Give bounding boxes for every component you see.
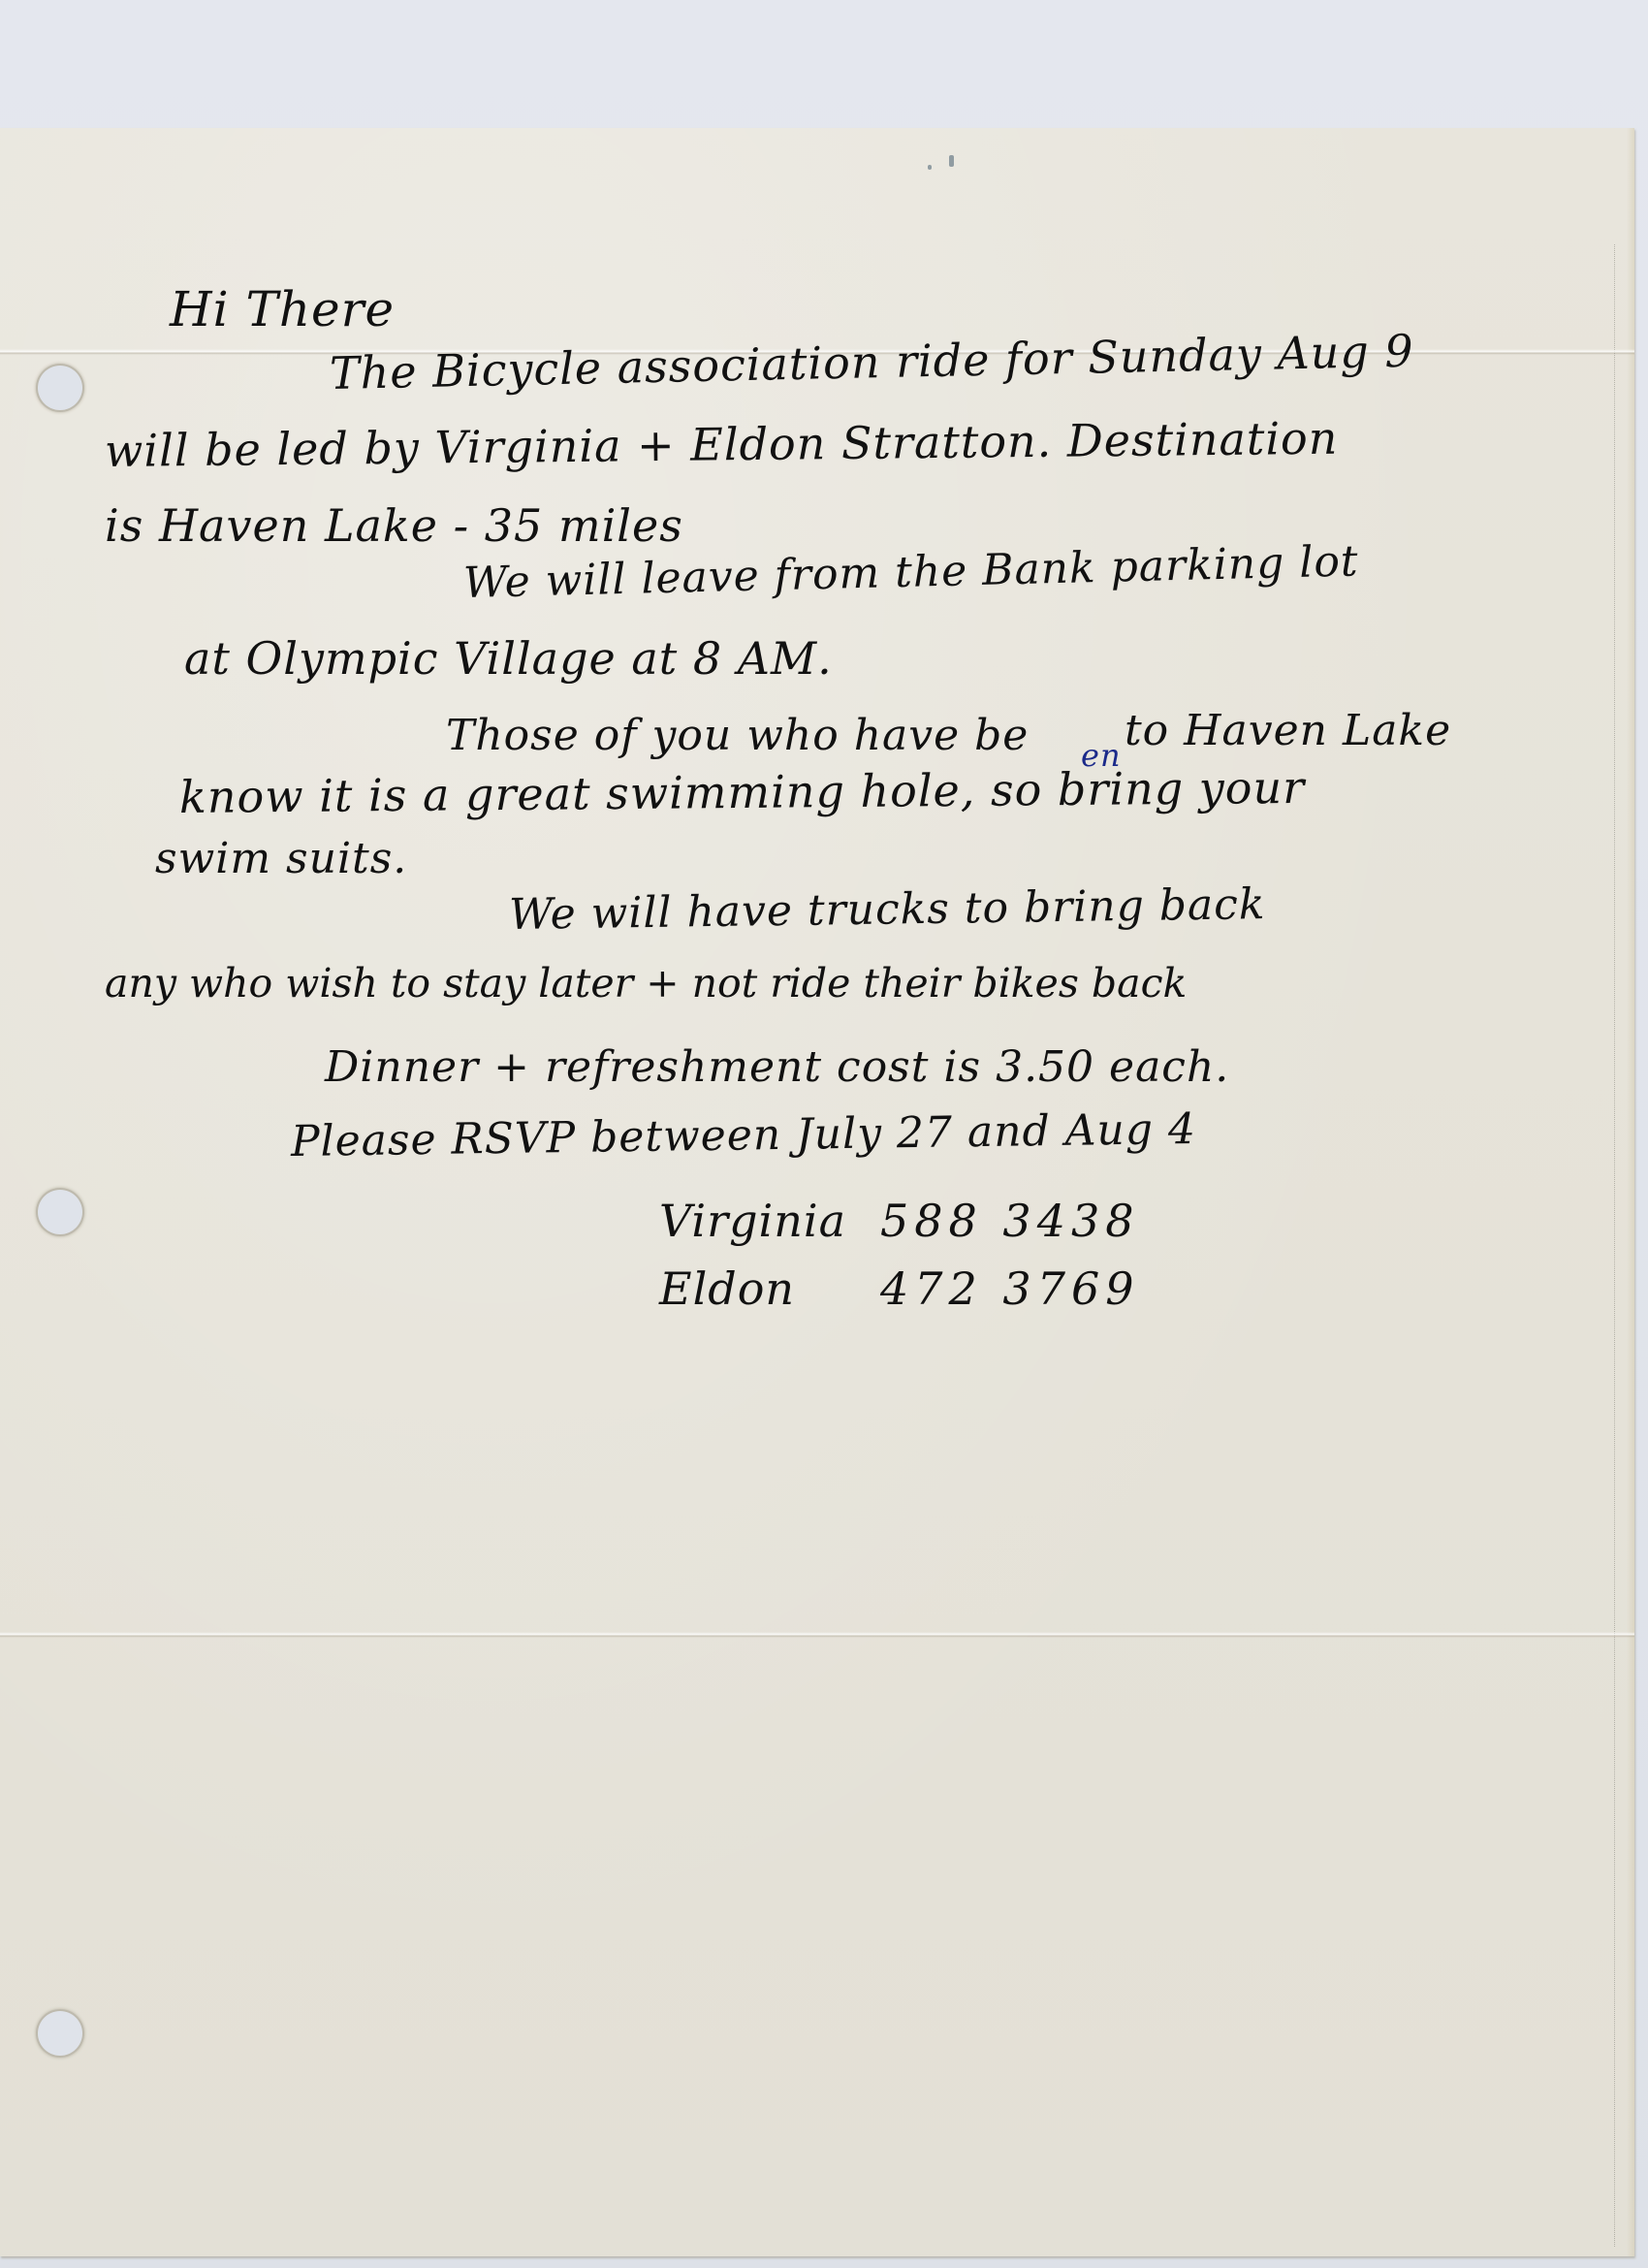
- letter-line: at Olympic Village at 8 AM.: [184, 632, 833, 685]
- letter-line: We will have trucks to bring back: [509, 879, 1266, 940]
- contact-phone: 588 3438: [880, 1195, 1140, 1247]
- letter-line: Those of you who have be: [446, 711, 1029, 760]
- letter-line: to Haven Lake: [1125, 706, 1451, 755]
- fold-crease-lower: [0, 1632, 1634, 1638]
- letter-line: swim suits.: [155, 834, 407, 883]
- greeting: Hi There: [170, 281, 395, 337]
- perforation-line: [1614, 244, 1615, 2247]
- letter-line: any who wish to stay later + not ride th…: [105, 960, 1187, 1006]
- punch-hole-middle: [36, 1188, 84, 1236]
- punch-hole-top: [36, 364, 84, 412]
- contact-phone: 472 3769: [880, 1262, 1140, 1315]
- letter-line: is Haven Lake - 35 miles: [105, 499, 683, 552]
- ink-speck: [949, 155, 954, 167]
- contact-name: Virginia: [659, 1195, 846, 1247]
- punch-hole-bottom: [36, 2009, 84, 2058]
- paper-edge: [1627, 128, 1634, 2256]
- letter-line: Dinner + refreshment cost is 3.50 each.: [325, 1042, 1229, 1092]
- contact-name: Eldon: [659, 1262, 795, 1315]
- ink-speck: [928, 165, 932, 170]
- letter-line: know it is a great swimming hole, so bri…: [179, 761, 1306, 823]
